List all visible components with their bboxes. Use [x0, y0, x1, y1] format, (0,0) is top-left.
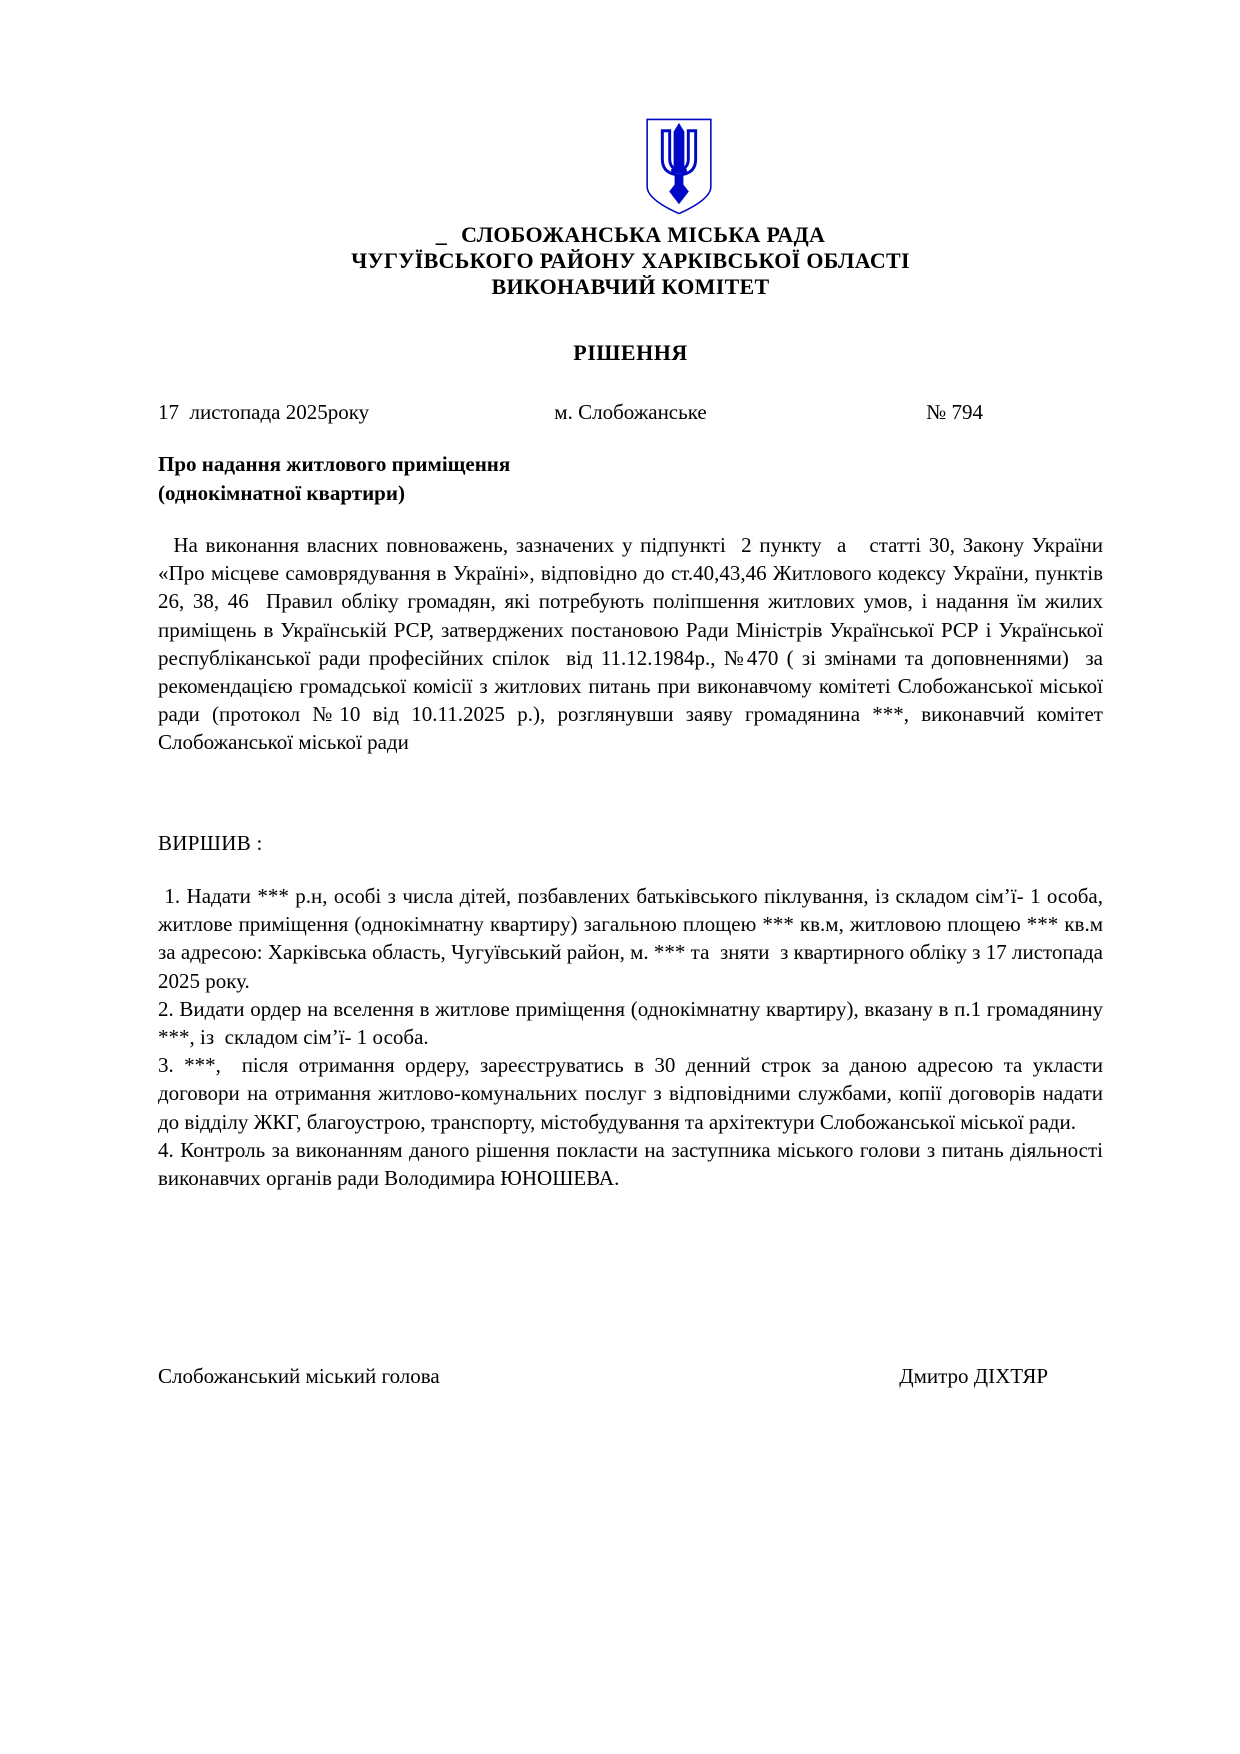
subject-line-2: (однокімнатної квартири)	[158, 479, 1103, 508]
underscore-mark: _	[436, 222, 447, 247]
subject-block: Про надання житлового приміщення (однокі…	[158, 450, 1103, 508]
subject-line-1: Про надання житлового приміщення	[158, 450, 1103, 479]
resolution-item-2: 2. Видати ордер на вселення в житлове пр…	[158, 995, 1103, 1051]
meta-row: 17 листопада 2025року м. Слобожанське № …	[158, 400, 1103, 428]
letterhead: _СЛОБОЖАНСЬКА МІСЬКА РАДА ЧУГУЇВСЬКОГО Р…	[158, 222, 1103, 300]
document-number: № 794	[926, 400, 983, 425]
trident-right-prong-shape	[683, 131, 695, 175]
resolve-label: ВИРШИВ :	[158, 831, 263, 856]
resolution-item-3: 3. ***, після отримання ордеру, зареєстр…	[158, 1051, 1103, 1136]
trident-base-shape	[669, 174, 689, 204]
letterhead-line-1: _СЛОБОЖАНСЬКА МІСЬКА РАДА	[158, 222, 1103, 248]
document-type-title: РІШЕННЯ	[158, 340, 1103, 366]
ukraine-trident-emblem	[645, 118, 713, 216]
signatory-title: Слобожанський міський голова	[158, 1364, 440, 1389]
letterhead-line-3: ВИКОНАВЧИЙ КОМІТЕТ	[158, 274, 1103, 300]
trident-center-prong-shape	[674, 123, 685, 169]
preamble-paragraph: На виконання власних повноважень, зазнач…	[158, 531, 1103, 757]
resolution-items: 1. Надати *** р.н, особі з числа дітей, …	[158, 882, 1103, 1192]
resolution-item-1: 1. Надати *** р.н, особі з числа дітей, …	[158, 882, 1103, 995]
trident-left-prong-shape	[662, 131, 674, 175]
signatory-name: Дмитро ДІХТЯР	[899, 1364, 1103, 1389]
document-page: _СЛОБОЖАНСЬКА МІСЬКА РАДА ЧУГУЇВСЬКОГО Р…	[0, 0, 1240, 1754]
letterhead-line-2: ЧУГУЇВСЬКОГО РАЙОНУ ХАРКІВСЬКОЇ ОБЛАСТІ	[158, 248, 1103, 274]
signature-row: Слобожанський міський голова Дмитро ДІХТ…	[158, 1364, 1103, 1389]
council-name: СЛОБОЖАНСЬКА МІСЬКА РАДА	[461, 222, 825, 247]
resolution-item-4: 4. Контроль за виконанням даного рішення…	[158, 1136, 1103, 1192]
trident-crossbar-shape	[671, 169, 687, 174]
